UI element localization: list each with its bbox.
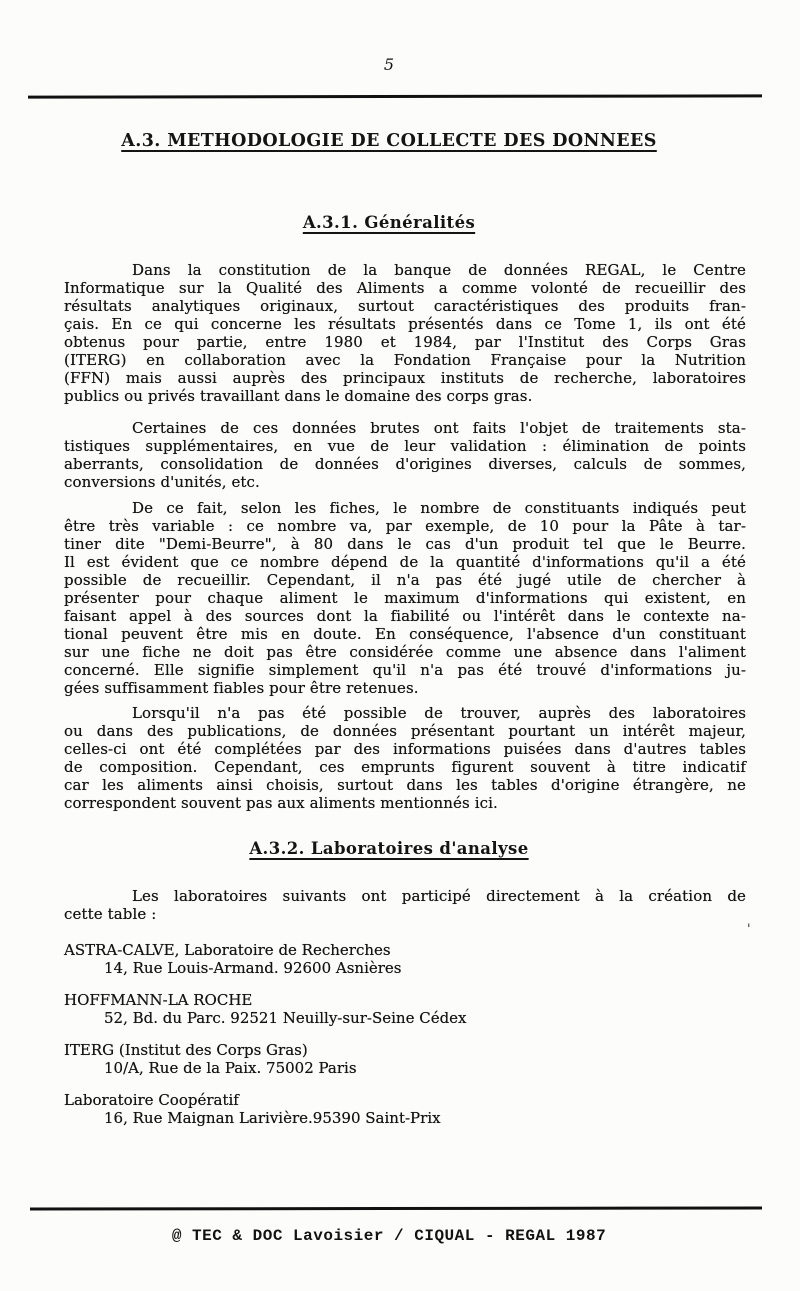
text-line: Il est évident que ce nombre dépend de l… xyxy=(64,553,746,571)
text-line: de composition. Cependant, ces emprunts … xyxy=(64,758,746,776)
text-line: obtenus pour partie, entre 1980 et 1984,… xyxy=(64,333,746,351)
text-line: Dans la constitution de la banque de don… xyxy=(64,261,746,279)
text-line: aberrants, consolidation de données d'or… xyxy=(64,455,746,473)
text-line: concerné. Elle signifie simplement qu'il… xyxy=(64,661,746,679)
text-line: Lorsqu'il n'a pas été possible de trouve… xyxy=(64,704,746,722)
laboratory-address: 16, Rue Maignan Larivière.95390 Saint-Pr… xyxy=(64,1109,746,1127)
text-line: ou dans des publications, de données pré… xyxy=(64,722,746,740)
text-line: çais. En ce qui concerne les résultats p… xyxy=(64,315,746,333)
text-line: présenter pour chaque aliment le maximum… xyxy=(64,589,746,607)
laboratory-entry: ITERG (Institut des Corps Gras)10/A, Rue… xyxy=(64,1041,746,1077)
text-line: De ce fait, selon les fiches, le nombre … xyxy=(64,499,746,517)
text-line: tional peuvent être mis en doute. En con… xyxy=(64,625,746,643)
text-line: résultats analytiques originaux, surtout… xyxy=(64,297,746,315)
text-line: tiner dite "Demi-Beurre", à 80 dans le c… xyxy=(64,535,746,553)
scan-artifact-mark: ' xyxy=(747,922,751,937)
text-line: gées suffisamment fiables pour être rete… xyxy=(64,679,746,697)
text-line: correspondent souvent pas aux aliments m… xyxy=(64,794,746,812)
laboratory-address: 52, Bd. du Parc. 92521 Neuilly-sur-Seine… xyxy=(64,1009,746,1027)
paragraph-constitution-regal: Dans la constitution de la banque de don… xyxy=(64,261,746,405)
section-title-methodologie: A.3. METHODOLOGIE DE COLLECTE DES DONNEE… xyxy=(0,131,778,151)
laboratory-address: 14, Rue Louis-Armand. 92600 Asnières xyxy=(64,959,746,977)
text-line: Les laboratoires suivants ont participé … xyxy=(64,887,746,905)
paragraph-nombre-constituants: De ce fait, selon les fiches, le nombre … xyxy=(64,499,746,697)
text-line: celles-ci ont été complétées par des inf… xyxy=(64,740,746,758)
text-line: (FFN) mais aussi auprès des principaux i… xyxy=(64,369,746,387)
section-title-generalites: A.3.1. Généralités xyxy=(0,213,778,232)
text-line: car les aliments ainsi choisis, surtout … xyxy=(64,776,746,794)
page-number: 5 xyxy=(0,55,778,74)
document-page: 5 A.3. METHODOLOGIE DE COLLECTE DES DONN… xyxy=(0,0,800,1291)
text-line: (ITERG) en collaboration avec la Fondati… xyxy=(64,351,746,369)
text-line: Informatique sur la Qualité des Aliments… xyxy=(64,279,746,297)
text-line: possible de recueillir. Cependant, il n'… xyxy=(64,571,746,589)
paragraph-traitements-statistiques: Certaines de ces données brutes ont fait… xyxy=(64,419,746,491)
laboratories-list: ASTRA-CALVE, Laboratoire de Recherches14… xyxy=(64,941,746,1141)
laboratory-name: Laboratoire Coopératif xyxy=(64,1091,746,1109)
text-line: Certaines de ces données brutes ont fait… xyxy=(64,419,746,437)
text-line: faisant appel à des sources dont la fiab… xyxy=(64,607,746,625)
footer-copyright: @ TEC & DOC Lavoisier / CIQUAL - REGAL 1… xyxy=(0,1227,778,1245)
text-line: conversions d'unités, etc. xyxy=(64,473,746,491)
header-rule xyxy=(28,94,762,98)
paragraph-laboratoires-intro: Les laboratoires suivants ont participé … xyxy=(64,887,746,923)
laboratory-name: ASTRA-CALVE, Laboratoire de Recherches xyxy=(64,941,746,959)
text-line: sur une fiche ne doit pas être considéré… xyxy=(64,643,746,661)
laboratory-address: 10/A, Rue de la Paix. 75002 Paris xyxy=(64,1059,746,1077)
text-line: tistiques supplémentaires, en vue de leu… xyxy=(64,437,746,455)
section-title-laboratoires: A.3.2. Laboratoires d'analyse xyxy=(0,839,778,858)
laboratory-entry: Laboratoire Coopératif16, Rue Maignan La… xyxy=(64,1091,746,1127)
laboratory-entry: ASTRA-CALVE, Laboratoire de Recherches14… xyxy=(64,941,746,977)
footer-rule xyxy=(30,1206,762,1210)
paragraph-autres-tables: Lorsqu'il n'a pas été possible de trouve… xyxy=(64,704,746,812)
text-line: publics ou privés travaillant dans le do… xyxy=(64,387,746,405)
laboratory-name: HOFFMANN-LA ROCHE xyxy=(64,991,746,1009)
text-line: cette table : xyxy=(64,905,746,923)
laboratory-name: ITERG (Institut des Corps Gras) xyxy=(64,1041,746,1059)
laboratory-entry: HOFFMANN-LA ROCHE52, Bd. du Parc. 92521 … xyxy=(64,991,746,1027)
text-line: être très variable : ce nombre va, par e… xyxy=(64,517,746,535)
